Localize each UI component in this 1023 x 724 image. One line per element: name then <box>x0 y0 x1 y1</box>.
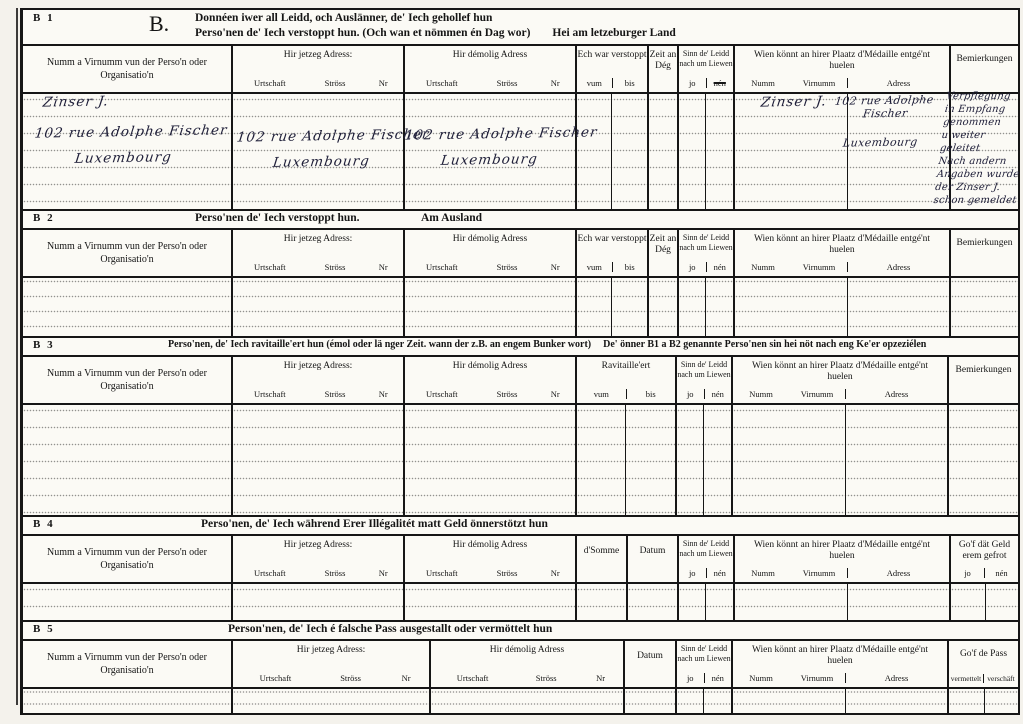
b1-col-zeit: Zeit an Dég <box>647 46 677 209</box>
b5-wien-numm: Numm <box>733 673 789 683</box>
b2-demolig-urtschaft: Urtschaft <box>405 262 479 272</box>
b2-bem-body <box>951 278 1018 336</box>
b4-table: Numm a Virnumm vun der Perso'n oder Orga… <box>23 536 1018 620</box>
b4-somme-header: d'Somme <box>577 536 626 557</box>
b3-demolig-urtschaft: Urtschaft <box>405 389 479 399</box>
b3-bem-body <box>949 405 1018 515</box>
b1-col-wien: Wien könnt an hirer Plaatz d'Médaille en… <box>733 46 949 209</box>
b2-verstoppt-body <box>577 278 647 336</box>
b4-demolig-urtschaft: Urtschaft <box>405 568 479 578</box>
b5-demolig-nr: Nr <box>578 673 623 683</box>
b1-label: B 1 <box>33 12 55 24</box>
b3-ravitailleert-body <box>577 405 675 515</box>
b1-zeit-body <box>649 94 677 209</box>
section-b3: B 3 Perso'nen, de' Iech ravitaille'ert h… <box>20 336 1020 517</box>
b1-wien-body <box>735 94 949 209</box>
b1-demolig-stross: Ströss <box>479 78 536 88</box>
b1-bem-header: Bemierkungen <box>951 46 1018 64</box>
b5-jetzeg-body <box>233 689 429 713</box>
b1-col-verstoppt: Ech war verstoppt vumbis <box>575 46 647 209</box>
b4-gof-body <box>951 584 1018 620</box>
b5-demolig-stross: Ströss <box>514 673 578 683</box>
b5-sinn-body <box>677 689 731 713</box>
b1-demolig-nr: Nr <box>535 78 575 88</box>
b4-jetzeg-nr: Nr <box>363 568 403 578</box>
b1-title-row: B 1 B. Donnéen iwer all Leidd, och Auslä… <box>23 10 1018 46</box>
b5-table: Numm a Virnumm vun der Perso'n oder Orga… <box>23 641 1018 713</box>
b4-demolig-nr: Nr <box>535 568 575 578</box>
b3-jetzeg-urtschaft: Urtschaft <box>233 389 307 399</box>
b1-wien-header: Wien könnt an hirer Plaatz d'Médaille en… <box>735 46 949 72</box>
b3-nen: nén <box>704 389 732 399</box>
b5-jetzeg-stross: Ströss <box>318 673 383 683</box>
b2-jo: jo <box>679 262 706 272</box>
b3-demolig-stross: Ströss <box>479 389 536 399</box>
b3-wien-body <box>733 405 947 515</box>
b4-wien-numm: Numm <box>735 568 791 578</box>
b4-jetzeg-header: Hir jetzeg Adress: <box>233 536 403 551</box>
b2-title-location: Am Ausland <box>421 212 482 224</box>
b5-demolig-header: Hir démolig Adress <box>431 641 623 656</box>
b3-demolig-nr: Nr <box>535 389 575 399</box>
b1-demolig-body <box>405 94 575 209</box>
b5-demolig-urtschaft: Urtschaft <box>431 673 514 683</box>
b1-title-lines: Donnéen iwer all Leidd, och Auslänner, d… <box>195 11 676 41</box>
b5-jetzeg-nr: Nr <box>383 673 429 683</box>
b5-nen: nén <box>704 673 732 683</box>
b1-title-location: Hei am letzeburger Land <box>552 27 675 39</box>
b1-jetzeg-urtschaft: Urtschaft <box>233 78 307 88</box>
b4-demolig-header: Hir démolig Adress <box>405 536 575 551</box>
b1-nen: nén <box>706 78 734 88</box>
b2-title: Perso'nen de' Iech verstoppt hun. <box>195 212 360 224</box>
b3-title-row: B 3 Perso'nen, de' Iech ravitaille'ert h… <box>23 338 1018 357</box>
b2-sinn-header: Sinn de' Leidd nach um Liewen <box>679 230 733 252</box>
b2-verstoppt-header: Ech war verstoppt <box>577 230 647 245</box>
b2-nen: nén <box>706 262 734 272</box>
b3-demolig-header: Hir démolig Adress <box>405 357 575 372</box>
b2-title-row: B 2 Perso'nen de' Iech verstoppt hun. Am… <box>23 211 1018 230</box>
b1-jetzeg-nr: Nr <box>363 78 403 88</box>
b2-wien-adress: Adress <box>847 262 949 272</box>
b1-jetzeg-stross: Ströss <box>307 78 364 88</box>
b3-sinn-header: Sinn de' Leidd nach um Liewen <box>677 357 731 379</box>
b1-col-demolig: Hir démolig Adress UrtschaftStrössNr <box>403 46 575 209</box>
section-b2: B 2 Perso'nen de' Iech verstoppt hun. Am… <box>20 209 1020 338</box>
b2-wien-numm: Numm <box>735 262 791 272</box>
b1-name-body <box>23 94 231 209</box>
b4-wien-adress: Adress <box>847 568 949 578</box>
b1-jetzeg-header: Hir jetzeg Adress: <box>233 46 403 61</box>
b1-jo: jo <box>679 78 706 88</box>
b3-label: B 3 <box>33 339 55 351</box>
b3-table: Numm a Virnumm vun der Perso'n oder Orga… <box>23 357 1018 515</box>
b4-gof-nen: nén <box>984 568 1018 578</box>
b3-jetzeg-header: Hir jetzeg Adress: <box>233 357 403 372</box>
b2-bis: bis <box>612 262 648 272</box>
b2-jetzeg-stross: Ströss <box>307 262 364 272</box>
b1-sinn-body <box>679 94 733 209</box>
b4-datum-body <box>628 584 677 620</box>
b4-gof-header: Go'f dät Geld erem gefrot <box>951 536 1018 562</box>
b4-label: B 4 <box>33 518 55 530</box>
b4-jo: jo <box>679 568 706 578</box>
b3-jetzeg-nr: Nr <box>363 389 403 399</box>
b4-title-row: B 4 Perso'nen, de' Iech während Erer Ill… <box>23 517 1018 536</box>
b5-vermettelt: vermettelt <box>949 674 983 683</box>
b1-wien-numm: Numm <box>735 78 791 88</box>
b1-verstoppt-header: Ech war verstoppt <box>577 46 647 61</box>
section-b4: B 4 Perso'nen, de' Iech während Erer Ill… <box>20 515 1020 622</box>
b4-wien-body <box>735 584 949 620</box>
b1-col-sinn: Sinn de' Leidd nach um Liewen jonén <box>677 46 733 209</box>
b4-demolig-stross: Ströss <box>479 568 536 578</box>
b1-verstoppt-body <box>577 94 647 209</box>
b5-datum-header: Datum <box>625 641 675 662</box>
b2-jetzeg-nr: Nr <box>363 262 403 272</box>
b4-demolig-body <box>405 584 575 620</box>
b3-bis: bis <box>626 389 676 399</box>
form-sheet: B 1 B. Donnéen iwer all Leidd, och Auslä… <box>20 8 1020 715</box>
b2-jetzeg-header: Hir jetzeg Adress: <box>233 230 403 245</box>
b5-wien-adress: Adress <box>845 673 947 683</box>
b5-verschaft: verschäft <box>983 674 1018 683</box>
b5-jetzeg-header: Hir jetzeg Adress: <box>233 641 429 656</box>
b3-title-bold: De' önner B1 a B2 genannte Perso'nen sin… <box>603 339 926 350</box>
b2-demolig-nr: Nr <box>535 262 575 272</box>
b5-name-body <box>23 689 231 713</box>
b1-title-line1: Donnéen iwer all Leidd, och Auslänner, d… <box>195 11 676 26</box>
b1-bis: bis <box>612 78 648 88</box>
b5-name-header: Numm a Virnumm vun der Perso'n oder Orga… <box>23 651 231 677</box>
b5-jetzeg-urtschaft: Urtschaft <box>233 673 318 683</box>
b1-col-jetzeg: Hir jetzeg Adress: UrtschaftStrössNr <box>231 46 403 209</box>
b5-datum-body <box>625 689 675 713</box>
b1-wien-adress: Adress <box>847 78 949 88</box>
b2-name-body <box>23 278 231 336</box>
b2-zeit-body <box>649 278 677 336</box>
b3-sinn-body <box>677 405 731 515</box>
b3-jo: jo <box>677 389 704 399</box>
b4-nen: nén <box>706 568 734 578</box>
b2-vum: vum <box>577 262 612 272</box>
b1-name-header: Numm a Virnumm vun der Perso'n oder Orga… <box>23 56 231 82</box>
b3-wien-virnumm: Virnumm <box>789 389 845 399</box>
b1-table: Numm a Virnumm vun der Perso'n oder Orga… <box>23 46 1018 209</box>
b3-demolig-body <box>405 405 575 515</box>
b4-somme-body <box>577 584 626 620</box>
b4-sinn-header: Sinn de' Leidd nach um Liewen <box>679 536 733 558</box>
b3-title: Perso'nen, de' Iech ravitaille'ert hun (… <box>168 339 591 350</box>
b5-gof-header: Go'f de Pass <box>949 641 1018 660</box>
b5-title-row: B 5 Person'nen, de' Iech é falsche Pass … <box>23 622 1018 641</box>
b3-name-body <box>23 405 231 515</box>
b5-demolig-body <box>431 689 623 713</box>
b2-wien-virnumm: Virnumm <box>791 262 847 272</box>
b1-sinn-header: Sinn de' Leidd nach um Liewen <box>679 46 733 68</box>
b2-label: B 2 <box>33 212 55 224</box>
b4-wien-virnumm: Virnumm <box>791 568 847 578</box>
b4-jetzeg-urtschaft: Urtschaft <box>233 568 307 578</box>
b1-col-bem: Bemierkungen <box>949 46 1018 209</box>
b2-name-header: Numm a Virnumm vun der Perso'n oder Orga… <box>23 240 231 266</box>
b1-title-line2-wrap: Perso'nen de' Iech verstoppt hun. (Och w… <box>195 26 676 41</box>
b3-wien-numm: Numm <box>733 389 789 399</box>
b5-gof-body <box>949 689 1018 713</box>
b1-wien-virnumm: Virnumm <box>791 78 847 88</box>
b1-zeit-header: Zeit an Dég <box>649 46 677 72</box>
b3-vum: vum <box>577 389 626 399</box>
b3-ravitailleert-header: Ravitaille'ert <box>577 357 675 372</box>
b2-demolig-stross: Ströss <box>479 262 536 272</box>
b4-jetzeg-stross: Ströss <box>307 568 364 578</box>
scan-edge-line <box>16 8 18 705</box>
b5-label: B 5 <box>33 623 55 635</box>
b1-letter: B. <box>149 11 169 37</box>
b4-name-body <box>23 584 231 620</box>
b3-wien-header: Wien könnt an hirer Plaatz d'Médaille en… <box>733 357 947 383</box>
b1-demolig-header: Hir démolig Adress <box>405 46 575 61</box>
b1-vum: vum <box>577 78 612 88</box>
b5-wien-virnumm: Virnumm <box>789 673 845 683</box>
b1-bem-body <box>951 94 1018 209</box>
b3-bem-header: Bemierkungen <box>949 357 1018 375</box>
b3-title-wrap: Perso'nen, de' Iech ravitaille'ert hun (… <box>168 339 926 350</box>
b3-wien-adress: Adress <box>845 389 947 399</box>
b5-wien-body <box>733 689 947 713</box>
b2-demolig-header: Hir démolig Adress <box>405 230 575 245</box>
b2-zeit-header: Zeit an Dég <box>649 230 677 256</box>
b5-sinn-header: Sinn de' Leidd nach um Liewen <box>677 641 731 663</box>
b3-jetzeg-stross: Ströss <box>307 389 364 399</box>
b2-wien-body <box>735 278 949 336</box>
b2-jetzeg-body <box>233 278 403 336</box>
b5-title: Person'nen, de' Iech é falsche Pass ausg… <box>228 623 552 635</box>
b4-wien-header: Wien könnt an hirer Plaatz d'Médaille en… <box>735 536 949 562</box>
b2-wien-header: Wien könnt an hirer Plaatz d'Médaille en… <box>735 230 949 256</box>
section-b5: B 5 Person'nen, de' Iech é falsche Pass … <box>20 620 1020 715</box>
b4-gof-jo: jo <box>951 568 984 578</box>
b5-jo: jo <box>677 673 704 683</box>
b3-name-header: Numm a Virnumm vun der Perso'n oder Orga… <box>23 367 231 393</box>
b4-jetzeg-body <box>233 584 403 620</box>
section-b1: B 1 B. Donnéen iwer all Leidd, och Auslä… <box>20 8 1020 211</box>
b5-wien-header: Wien könnt an hirer Plaatz d'Médaille en… <box>733 641 947 667</box>
b4-sinn-body <box>679 584 733 620</box>
b2-demolig-body <box>405 278 575 336</box>
b3-jetzeg-body <box>233 405 403 515</box>
b2-sinn-body <box>679 278 733 336</box>
b1-col-name: Numm a Virnumm vun der Perso'n oder Orga… <box>23 46 231 209</box>
b4-datum-header: Datum <box>628 536 677 557</box>
b1-demolig-urtschaft: Urtschaft <box>405 78 479 88</box>
b2-bem-header: Bemierkungen <box>951 230 1018 248</box>
b4-name-header: Numm a Virnumm vun der Perso'n oder Orga… <box>23 546 231 572</box>
b2-table: Numm a Virnumm vun der Perso'n oder Orga… <box>23 230 1018 336</box>
b1-jetzeg-body <box>233 94 403 209</box>
b4-title: Perso'nen, de' Iech während Erer Illégal… <box>201 518 548 530</box>
b1-title-line2: Perso'nen de' Iech verstoppt hun. (Och w… <box>195 27 530 39</box>
b2-jetzeg-urtschaft: Urtschaft <box>233 262 307 272</box>
